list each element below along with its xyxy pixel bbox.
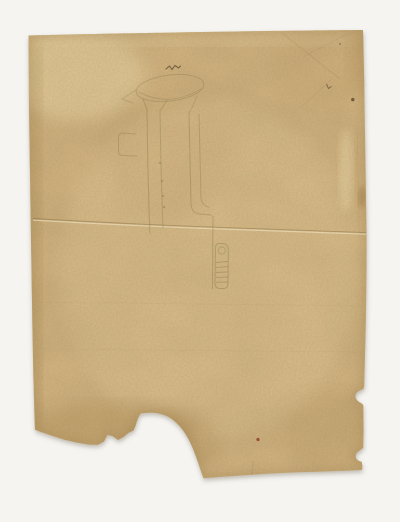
red-stain-dot	[256, 438, 259, 441]
photo-stage	[0, 0, 400, 522]
paper-sheet	[5, 15, 385, 490]
speck-dot-top	[339, 43, 341, 45]
artwork-photo	[0, 0, 400, 522]
speck-dot-right	[351, 98, 354, 101]
sketch-below-crease-line	[213, 216, 214, 289]
